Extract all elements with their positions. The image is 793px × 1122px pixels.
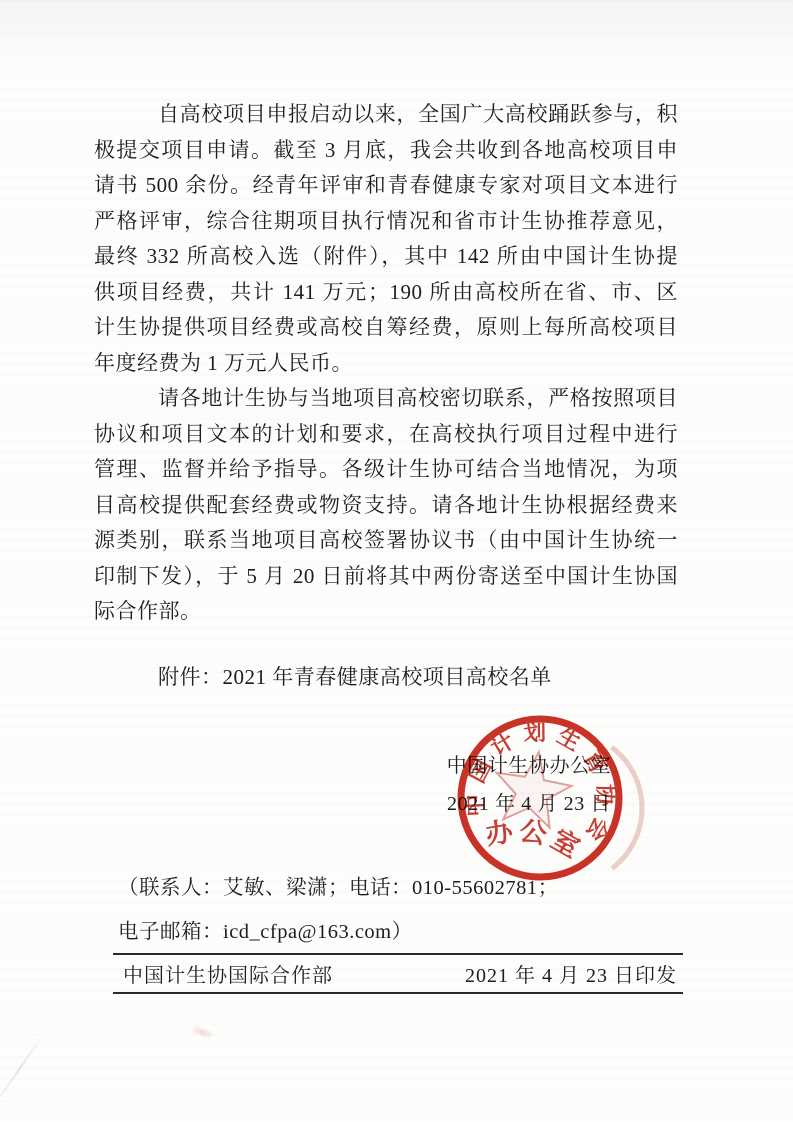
body-line: 极提交项目申请。截至 3 月底，我会共收到各地高校项目申 <box>94 133 678 169</box>
body-line: 计生协提供项目经费或高校自筹经费，原则上每所高校项目 <box>94 310 678 346</box>
svg-text:办公室: 办公室 <box>478 809 590 867</box>
body-line: 印制下发），于 5 月 20 日前将其中两份寄送至中国计生协国 <box>94 559 678 595</box>
footer-rule-top <box>113 953 683 955</box>
attachment-line: 附件：2021 年青春健康高校项目高校名单 <box>94 661 678 693</box>
body-line: 协议和项目文本的计划和要求，在高校执行项目过程中进行 <box>94 417 678 453</box>
body-line: 管理、监督并给予指导。各级计生协可结合当地情况，为项 <box>94 452 678 488</box>
footer-print-date: 2021 年 4 月 23 日印发 <box>465 959 677 988</box>
document-page: 自高校项目申报启动以来，全国广大高校踊跃参与，积极提交项目申请。截至 3 月底，… <box>0 0 793 1122</box>
official-seal-stamp: 中国计划生育协会 办公室 <box>448 708 648 890</box>
footer-rule-bottom <box>113 992 683 994</box>
contact-line: 电子邮箱：icd_cfpa@163.com） <box>118 910 678 954</box>
body-line: 供项目经费，共计 141 万元；190 所由高校所在省、市、区 <box>94 275 678 311</box>
footer-department: 中国计生协国际合作部 <box>123 959 333 988</box>
body-line: 目高校提供配套经费或物资支持。请各地计生协根据经费来 <box>94 488 678 524</box>
body-line: 严格评审，综合往期项目执行情况和省市计生协推荐意见， <box>94 204 678 240</box>
body-text: 自高校项目申报启动以来，全国广大高校踊跃参与，积极提交项目申请。截至 3 月底，… <box>94 97 678 630</box>
body-line: 自高校项目申报启动以来，全国广大高校踊跃参与，积 <box>94 97 678 133</box>
body-line: 请书 500 余份。经青年评审和青春健康专家对项目文本进行 <box>94 168 678 204</box>
seal-office-text: 办公室 <box>478 809 590 867</box>
contact-block: （联系人：艾敏、梁潇；电话：010-55602781；电子邮箱：icd_cfpa… <box>118 866 678 954</box>
body-line: 年度经费为 1 万元人民币。 <box>94 346 678 382</box>
body-line: 源类别，联系当地项目高校签署协议书（由中国计生协统一 <box>94 523 678 559</box>
body-line: 际合作部。 <box>94 594 678 630</box>
scan-smudge <box>191 1025 213 1039</box>
contact-line: （联系人：艾敏、梁潇；电话：010-55602781； <box>118 866 678 910</box>
scan-crease <box>0 1030 47 1109</box>
footer-row: 中国计生协国际合作部 2021 年 4 月 23 日印发 <box>113 956 683 991</box>
body-line: 最终 332 所高校入选（附件），其中 142 所由中国计生协提 <box>94 239 678 275</box>
body-line: 请各地计生协与当地项目高校密切联系，严格按照项目 <box>94 381 678 417</box>
